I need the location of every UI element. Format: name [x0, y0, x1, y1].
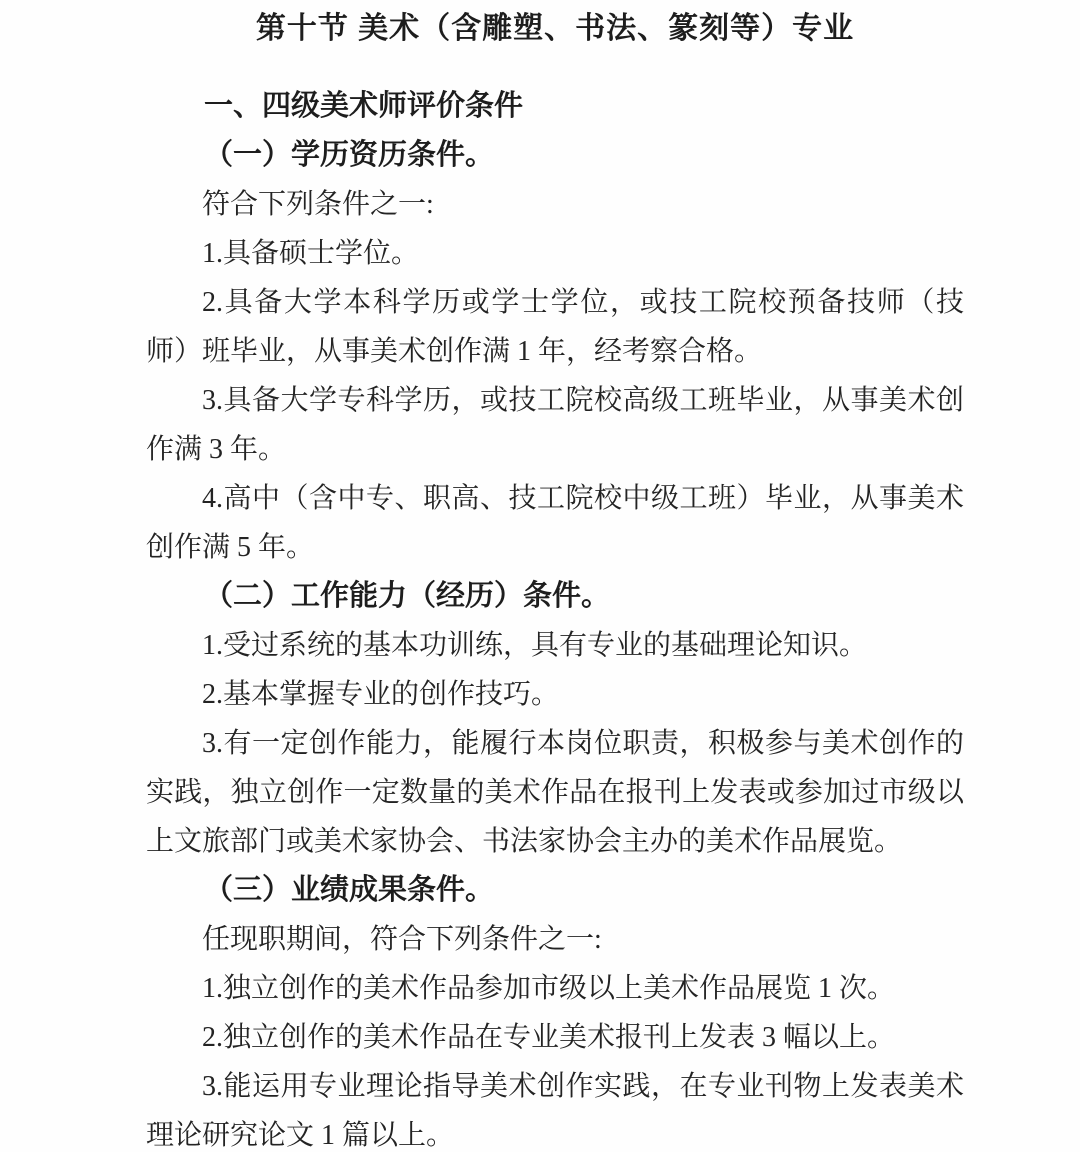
paragraph-ability-1: 1.受过系统的基本功训练，具有专业的基础理论知识。: [146, 621, 964, 670]
paragraph-condition-3: 3.具备大学专科学历，或技工院校高级工班毕业，从事美术创作满 3 年。: [146, 376, 964, 474]
subsection-heading-achievements: （三）业绩成果条件。: [146, 866, 964, 915]
paragraph-achievement-2: 2.独立创作的美术作品在专业美术报刊上发表 3 幅以上。: [146, 1013, 964, 1062]
subsection-work-ability: （二）工作能力（经历）条件。 1.受过系统的基本功训练，具有专业的基础理论知识。…: [146, 572, 964, 866]
paragraph-achievement-intro: 任现职期间，符合下列条件之一:: [146, 915, 964, 964]
document-title: 第十节 美术（含雕塑、书法、篆刻等）专业: [146, 4, 964, 54]
paragraph-ability-3: 3.有一定创作能力，能履行本岗位职责，积极参与美术创作的实践，独立创作一定数量的…: [146, 719, 964, 866]
paragraph-ability-2: 2.基本掌握专业的创作技巧。: [146, 670, 964, 719]
subsection-heading-education: （一）学历资历条件。: [146, 131, 964, 180]
paragraph-achievement-1: 1.独立创作的美术作品参加市级以上美术作品展览 1 次。: [146, 964, 964, 1013]
paragraph-condition-1: 1.具备硕士学位。: [146, 229, 964, 278]
paragraph-achievement-3: 3.能运用专业理论指导美术创作实践，在专业刊物上发表美术理论研究论文 1 篇以上…: [146, 1062, 964, 1152]
paragraph-condition-4: 4.高中（含中专、职高、技工院校中级工班）毕业，从事美术创作满 5 年。: [146, 474, 964, 572]
paragraph-intro-conditions: 符合下列条件之一:: [146, 180, 964, 229]
subsection-education-requirements: （一）学历资历条件。 符合下列条件之一: 1.具备硕士学位。 2.具备大学本科学…: [146, 131, 964, 572]
paragraph-condition-2: 2.具备大学本科学历或学士学位，或技工院校预备技师（技师）班毕业，从事美术创作满…: [146, 278, 964, 376]
document-content: 第十节 美术（含雕塑、书法、篆刻等）专业 一、四级美术师评价条件 （一）学历资历…: [146, 4, 964, 1152]
document-page: 第十节 美术（含雕塑、书法、篆刻等）专业 一、四级美术师评价条件 （一）学历资历…: [0, 0, 1080, 1152]
subsection-heading-work-ability: （二）工作能力（经历）条件。: [146, 572, 964, 621]
subsection-achievements: （三）业绩成果条件。 任现职期间，符合下列条件之一: 1.独立创作的美术作品参加…: [146, 866, 964, 1152]
section-heading-level4-artist: 一、四级美术师评价条件: [146, 82, 964, 131]
